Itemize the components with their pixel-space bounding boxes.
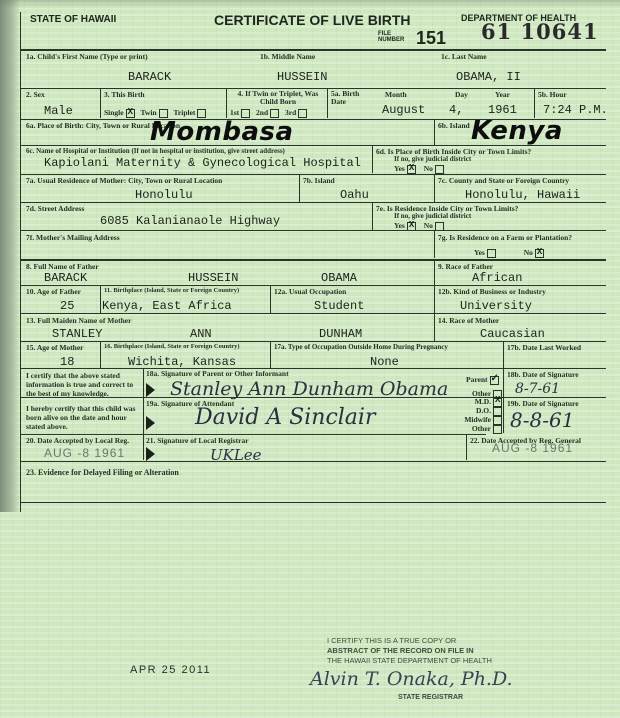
col-divider (143, 368, 144, 460)
informant-signature-label: 18a. Signature of Parent or Other Inform… (146, 369, 289, 378)
mother-race-label: 14. Race of Mother (438, 316, 499, 325)
col-divider (503, 368, 504, 433)
yes-checkbox[interactable] (407, 165, 416, 174)
birth-inside-limits-options: Yes No (394, 164, 444, 174)
row-divider (20, 202, 606, 203)
signature-arrow-icon (146, 416, 155, 430)
mother-first-name: STANLEY (52, 327, 102, 341)
mother-middle-name: ANN (190, 327, 212, 341)
attendant-signature: David A Sinclair (195, 405, 375, 430)
yes-label: Yes (394, 164, 405, 173)
col-divider (100, 88, 101, 118)
twin-label: Twin (140, 108, 156, 117)
row-divider (20, 368, 606, 369)
no-label: No (424, 221, 433, 230)
father-age: 25 (60, 299, 74, 313)
hour-label: 5b. Hour (538, 90, 567, 99)
col-divider (100, 285, 101, 313)
file-number: 151 (416, 28, 446, 49)
mother-race: Caucasian (480, 327, 545, 341)
row-divider (20, 434, 486, 435)
father-race: African (472, 271, 522, 285)
cert-line-2: ABSTRACT OF THE RECORD ON FILE IN (327, 646, 492, 656)
issue-date-stamp: APR 25 2011 (130, 664, 211, 676)
farm-options: Yes No (474, 248, 544, 258)
single-label: Single (104, 108, 124, 117)
form-bottom-border (20, 502, 606, 503)
midwife-checkbox[interactable] (493, 416, 502, 425)
col-divider (372, 145, 373, 173)
evidence-label: 23. Evidence for Delayed Filing or Alter… (26, 468, 179, 477)
father-birthplace-label: 11. Birthplace (Island, State or Foreign… (104, 287, 239, 294)
father-occupation-label: 12a. Usual Occupation (274, 287, 346, 296)
yes-label: Yes (394, 221, 405, 230)
row-divider (20, 397, 606, 398)
date-signature-19b-label: 19b. Date of Signature (507, 399, 579, 408)
col-divider (270, 341, 271, 368)
parent-checkbox[interactable] (490, 376, 499, 385)
overlay-city: Mombasa (150, 117, 294, 147)
do-checkbox[interactable] (493, 407, 502, 416)
first-label: 1st (230, 108, 239, 117)
month-label: Month (385, 90, 407, 99)
general-reg-date-stamp: AUG -8 1961 (492, 441, 573, 455)
father-birthplace: Kenya, East Africa (102, 299, 232, 313)
sex-label: 2. Sex (26, 90, 45, 99)
father-middle-name: HUSSEIN (188, 271, 238, 285)
mother-name-label: 13. Full Maiden Name of Mother (26, 316, 131, 325)
mother-age-label: 15. Age of Mother (26, 343, 83, 352)
father-name-label: 8. Full Name of Father (26, 262, 99, 271)
father-last-name: OBAMA (321, 271, 357, 285)
page-edge-shadow (0, 0, 20, 512)
col-divider (434, 119, 435, 145)
mother-birthplace: Wichita, Kansas (128, 355, 236, 369)
residence-island: Oahu (340, 188, 369, 202)
registrar-signature: Alvin T. Onaka, Ph.D. (310, 668, 513, 690)
second-label: 2nd (256, 108, 268, 117)
signature-arrow-icon (146, 447, 155, 461)
no-label: No (424, 164, 433, 173)
date-signature-18b-label: 18b. Date of Signature (507, 370, 579, 379)
row-divider (20, 145, 606, 146)
parent-option: Parent (466, 375, 499, 385)
col-divider (534, 88, 535, 118)
mother-occupation-label: 17a. Type of Occupation Outside Home Dur… (274, 343, 448, 351)
single-checkbox[interactable] (126, 109, 135, 118)
local-reg-date-label: 20. Date Accepted by Local Reg. (26, 436, 129, 445)
residence-island-label: 7b. Island (303, 176, 335, 185)
col-divider (434, 174, 435, 202)
col-divider (327, 88, 328, 118)
local-registrar-signature-label: 21. Signature of Local Registrar (146, 436, 249, 445)
street-address: 6085 Kalanianaole Highway (100, 214, 280, 228)
row-divider (20, 285, 606, 286)
day-label: Day (455, 90, 468, 99)
row-divider (20, 313, 606, 314)
father-occupation: Student (314, 299, 364, 313)
farm-no-checkbox[interactable] (535, 249, 544, 258)
date-signature-18b: 8-7-61 (515, 381, 560, 397)
child-first-name: BARACK (128, 70, 171, 84)
hospital-label: 6c. Name of Hospital or Institution (If … (26, 147, 285, 155)
midwife-label: Midwife (464, 415, 491, 424)
number-label: NUMBER (378, 37, 404, 43)
child-middle-name: HUSSEIN (277, 70, 327, 84)
row-divider (20, 341, 606, 342)
other-attendant-label: Other (472, 424, 491, 433)
sex-value: Male (44, 104, 73, 118)
col-divider (434, 285, 435, 313)
birth-month: August (382, 103, 425, 117)
row-divider (20, 461, 606, 462)
father-industry: University (460, 299, 532, 313)
third-label: 3rd (285, 108, 296, 117)
hospital-name: Kapiolani Maternity & Gynecological Hosp… (44, 156, 361, 170)
signature-arrow-icon (146, 383, 155, 397)
md-label: M.D. (475, 397, 491, 406)
birth-hour: 7:24 P.M. (543, 103, 608, 117)
mailing-address-label: 7f. Mother's Mailing Address (26, 233, 120, 242)
child-last-name: OBAMA, II (456, 70, 521, 84)
col-divider (226, 88, 227, 118)
md-checkbox[interactable] (493, 398, 502, 407)
local-reg-date-stamp: AUG -8 1961 (44, 446, 125, 460)
child-last-name-label: 1c. Last Name (441, 52, 487, 61)
birth-date-label: 5a. Birth Date (331, 90, 361, 106)
twin-order-label: 4. If Twin or Triplet, Was Child Born (230, 90, 326, 106)
do-label: D.O. (476, 406, 491, 415)
page-top-shadow (0, 0, 620, 8)
col-divider (466, 434, 467, 460)
residence-city: Honolulu (135, 188, 193, 202)
row-divider (20, 230, 606, 231)
child-middle-name-label: 1b. Middle Name (260, 52, 315, 61)
col-divider (434, 259, 435, 285)
form-left-border (20, 12, 21, 512)
parent-label: Parent (466, 375, 488, 384)
col-divider (270, 285, 271, 313)
col-divider (434, 313, 435, 341)
mother-age: 18 (60, 355, 74, 369)
col-divider (299, 174, 300, 202)
cert-line-1: I CERTIFY THIS IS A TRUE COPY OR (327, 636, 492, 646)
col-divider (434, 230, 435, 258)
file-number-label: FILE NUMBER (378, 31, 404, 43)
child-first-name-label: 1a. Child's First Name (Type or print) (26, 52, 148, 61)
residence-judicial-label: If no, give judicial district (394, 212, 471, 220)
judicial-district-label: If no, give judicial district (394, 155, 471, 163)
father-age-label: 10. Age of Father (26, 287, 81, 296)
father-race-label: 9. Race of Father (438, 262, 493, 271)
residence-county: Honolulu, Hawaii (465, 188, 580, 202)
last-worked-label: 17b. Date Last Worked (507, 343, 581, 352)
island-label: 6b. Island (438, 121, 470, 130)
other-attendant-checkbox[interactable] (493, 425, 502, 434)
date-signature-19b: 8-8-61 (510, 408, 574, 432)
certificate-title: CERTIFICATE OF LIVE BIRTH (214, 12, 411, 28)
row-divider (20, 174, 606, 175)
col-divider (503, 341, 504, 368)
copy-certification: I CERTIFY THIS IS A TRUE COPY OR ABSTRAC… (327, 636, 492, 666)
year-label: Year (495, 90, 510, 99)
residence-county-label: 7c. County and State or Foreign Country (438, 176, 569, 185)
col-divider (100, 341, 101, 368)
overlay-country: Kenya (471, 116, 563, 146)
farm-no-label: No (524, 248, 533, 257)
farm-label: 7g. Is Residence on a Farm or Plantation… (438, 233, 572, 242)
state-heading: STATE OF HAWAII (30, 14, 116, 25)
attendant-type-options: M.D. D.O. Midwife Other (460, 398, 502, 434)
triplet-label: Triplet (173, 108, 195, 117)
registrar-title: STATE REGISTRAR (398, 693, 463, 703)
street-address-label: 7d. Street Address (26, 204, 84, 213)
section-divider (20, 259, 606, 261)
header-divider (20, 49, 606, 51)
father-first-name: BARACK (44, 271, 87, 285)
birth-day: 4, (449, 103, 463, 117)
this-birth-label: 3. This Birth (104, 90, 145, 99)
no-checkbox[interactable] (435, 165, 444, 174)
residence-city-label: 7a. Usual Residence of Mother: City, Tow… (26, 176, 222, 185)
mother-occupation: None (370, 355, 399, 369)
cert-line-3: THE HAWAII STATE DEPARTMENT OF HEALTH (327, 656, 492, 666)
informant-certification: I certify that the above stated informat… (26, 371, 140, 398)
farm-yes-checkbox[interactable] (487, 249, 496, 258)
mother-birthplace-label: 16. Birthplace (Island, State or Foreign… (104, 343, 240, 350)
certificate-number: 61 10641 (481, 19, 599, 44)
father-industry-label: 12b. Kind of Business or Industry (438, 287, 546, 296)
attendant-certification: I hereby certify that this child was bor… (26, 404, 140, 431)
third-checkbox[interactable] (298, 109, 307, 118)
birth-year: 1961 (488, 103, 517, 117)
mother-last-name: DUNHAM (319, 327, 362, 341)
farm-yes-label: Yes (474, 248, 485, 257)
col-divider (372, 202, 373, 230)
